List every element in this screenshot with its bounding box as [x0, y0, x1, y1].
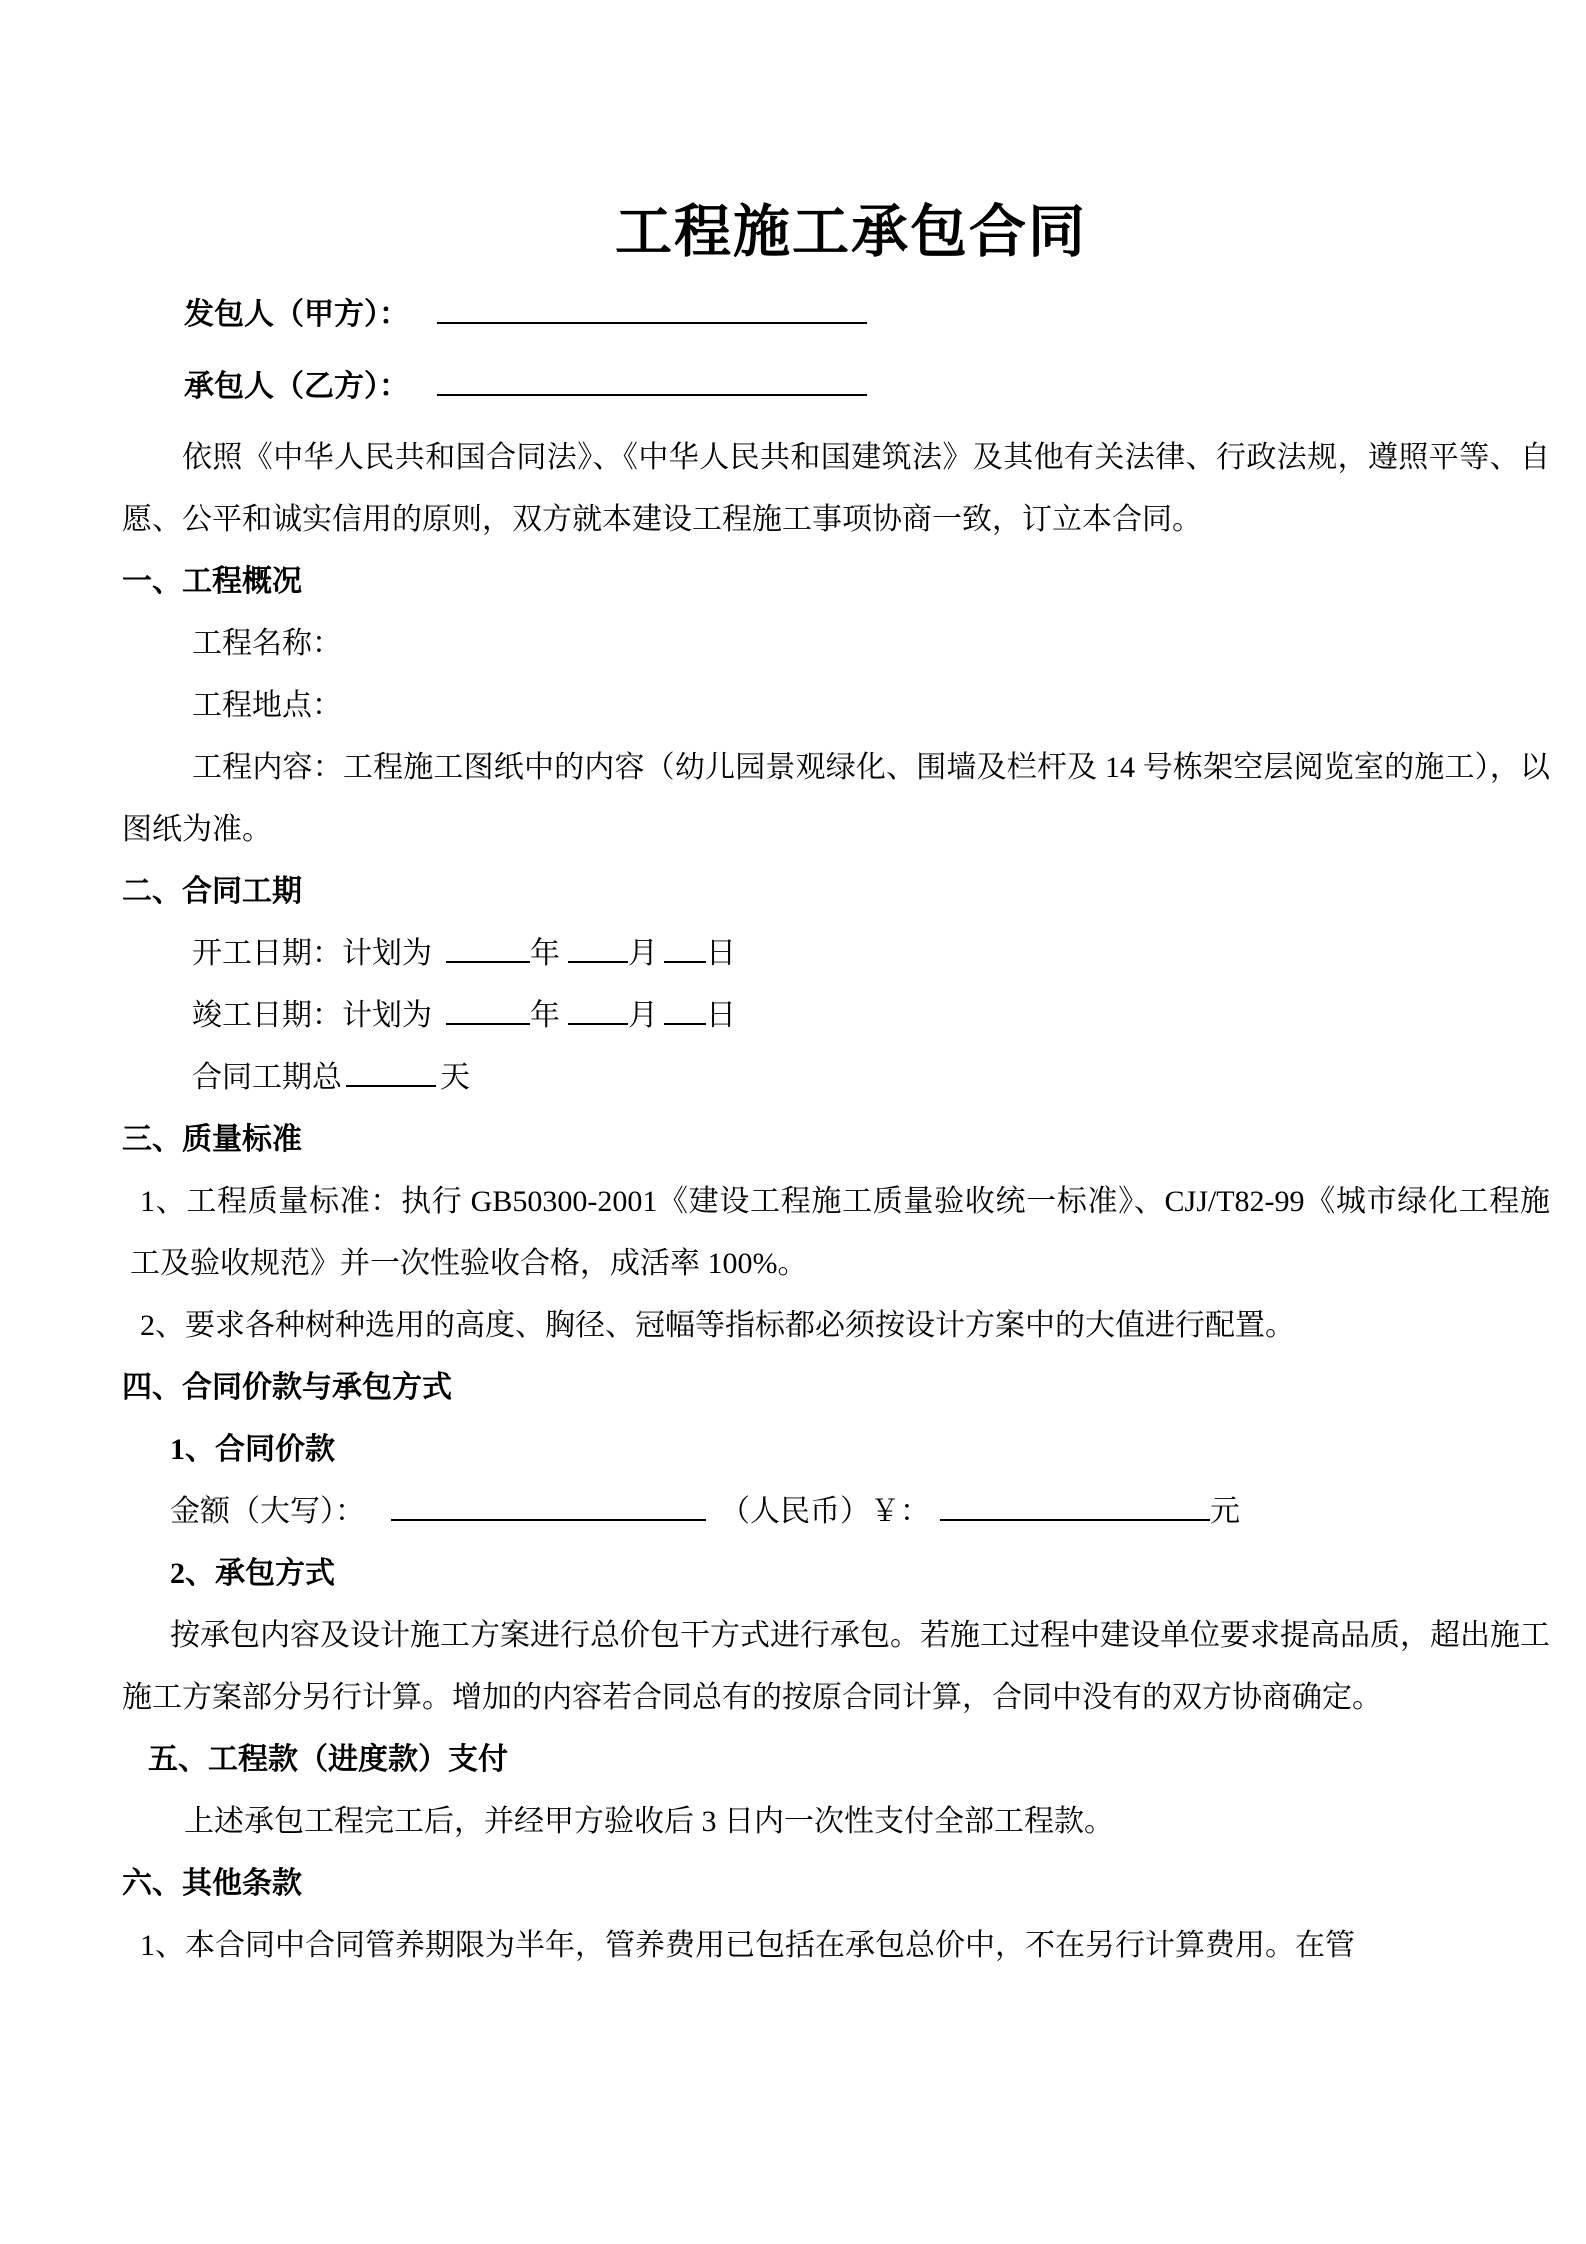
section-5-heading: 五、工程款（进度款）支付	[122, 1729, 1550, 1791]
duration-suffix: 天	[440, 1061, 470, 1094]
duration-days-blank[interactable]	[346, 1075, 436, 1087]
amount-mid-label: （人民币）￥：	[720, 1495, 930, 1528]
start-day-blank[interactable]	[664, 951, 706, 963]
section-2-heading: 二、合同工期	[122, 861, 1550, 923]
quality-item-1: 1、工程质量标准：执行 GB50300-2001《建设工程施工质量验收统一标准》…	[122, 1171, 1550, 1295]
other-item-1: 1、本合同中合同管养期限为半年，管养费用已包括在承包总价中，不在另行计算费用。在…	[122, 1915, 1550, 1977]
party-a-label: 发包人（甲方）：	[184, 298, 409, 331]
finish-date-line: 竣工日期：计划为年月日	[122, 985, 1550, 1047]
subsection-price-heading: 1、合同价款	[122, 1419, 1550, 1481]
amount-unit-label: 元	[1210, 1495, 1240, 1528]
subsection-mode-heading: 2、承包方式	[122, 1543, 1550, 1605]
duration-line: 合同工期总天	[122, 1047, 1550, 1109]
finish-day-label: 日	[706, 999, 736, 1032]
party-b-label: 承包人（乙方）：	[184, 370, 409, 403]
start-month-label: 月	[628, 937, 658, 970]
section-1-heading: 一、工程概况	[122, 551, 1550, 613]
quality-item-2: 2、要求各种树种选用的高度、胸径、冠幅等指标都必须按设计方案中的大值进行配置。	[122, 1295, 1550, 1357]
duration-prefix: 合同工期总	[192, 1061, 342, 1094]
finish-day-blank[interactable]	[664, 1013, 706, 1025]
finish-year-blank[interactable]	[446, 1013, 530, 1025]
start-year-label: 年	[530, 937, 560, 970]
preamble-paragraph: 依照《中华人民共和国合同法》、《中华人民共和国建筑法》及其他有关法律、行政法规，…	[122, 427, 1550, 551]
party-a-line: 发包人（甲方）：	[122, 284, 1550, 346]
finish-date-prefix: 竣工日期：计划为	[192, 999, 432, 1032]
start-day-label: 日	[706, 937, 736, 970]
finish-year-label: 年	[530, 999, 560, 1032]
start-date-line: 开工日期：计划为年月日	[122, 923, 1550, 985]
contract-document-page: 工程施工承包合同 发包人（甲方）： 承包人（乙方）： 依照《中华人民共和国合同法…	[0, 0, 1586, 2244]
section-4-heading: 四、合同价款与承包方式	[122, 1357, 1550, 1419]
contract-mode-paragraph: 按承包内容及设计施工方案进行总价包干方式进行承包。若施工过程中建设单位要求提高品…	[122, 1605, 1550, 1729]
document-title: 工程施工承包合同	[122, 188, 1550, 278]
project-name-line: 工程名称：	[122, 613, 1550, 675]
amount-label: 金额（大写）：	[170, 1495, 365, 1528]
start-year-blank[interactable]	[446, 951, 530, 963]
amount-number-blank[interactable]	[940, 1509, 1210, 1521]
section-3-heading: 三、质量标准	[122, 1109, 1550, 1171]
party-b-fill-blank[interactable]	[437, 384, 867, 396]
start-month-blank[interactable]	[568, 951, 628, 963]
party-a-fill-blank[interactable]	[437, 312, 867, 324]
project-content-paragraph: 工程内容：工程施工图纸中的内容（幼儿园景观绿化、围墙及栏杆及 14 号栋架空层阅…	[122, 737, 1550, 861]
finish-month-label: 月	[628, 999, 658, 1032]
amount-words-blank[interactable]	[391, 1509, 706, 1521]
party-b-line: 承包人（乙方）：	[122, 356, 1550, 418]
payment-paragraph: 上述承包工程完工后，并经甲方验收后 3 日内一次性支付全部工程款。	[122, 1791, 1550, 1853]
project-site-line: 工程地点：	[122, 675, 1550, 737]
amount-line: 金额（大写）：（人民币）￥：元	[122, 1481, 1550, 1543]
start-date-prefix: 开工日期：计划为	[192, 937, 432, 970]
section-6-heading: 六、其他条款	[122, 1853, 1550, 1915]
finish-month-blank[interactable]	[568, 1013, 628, 1025]
